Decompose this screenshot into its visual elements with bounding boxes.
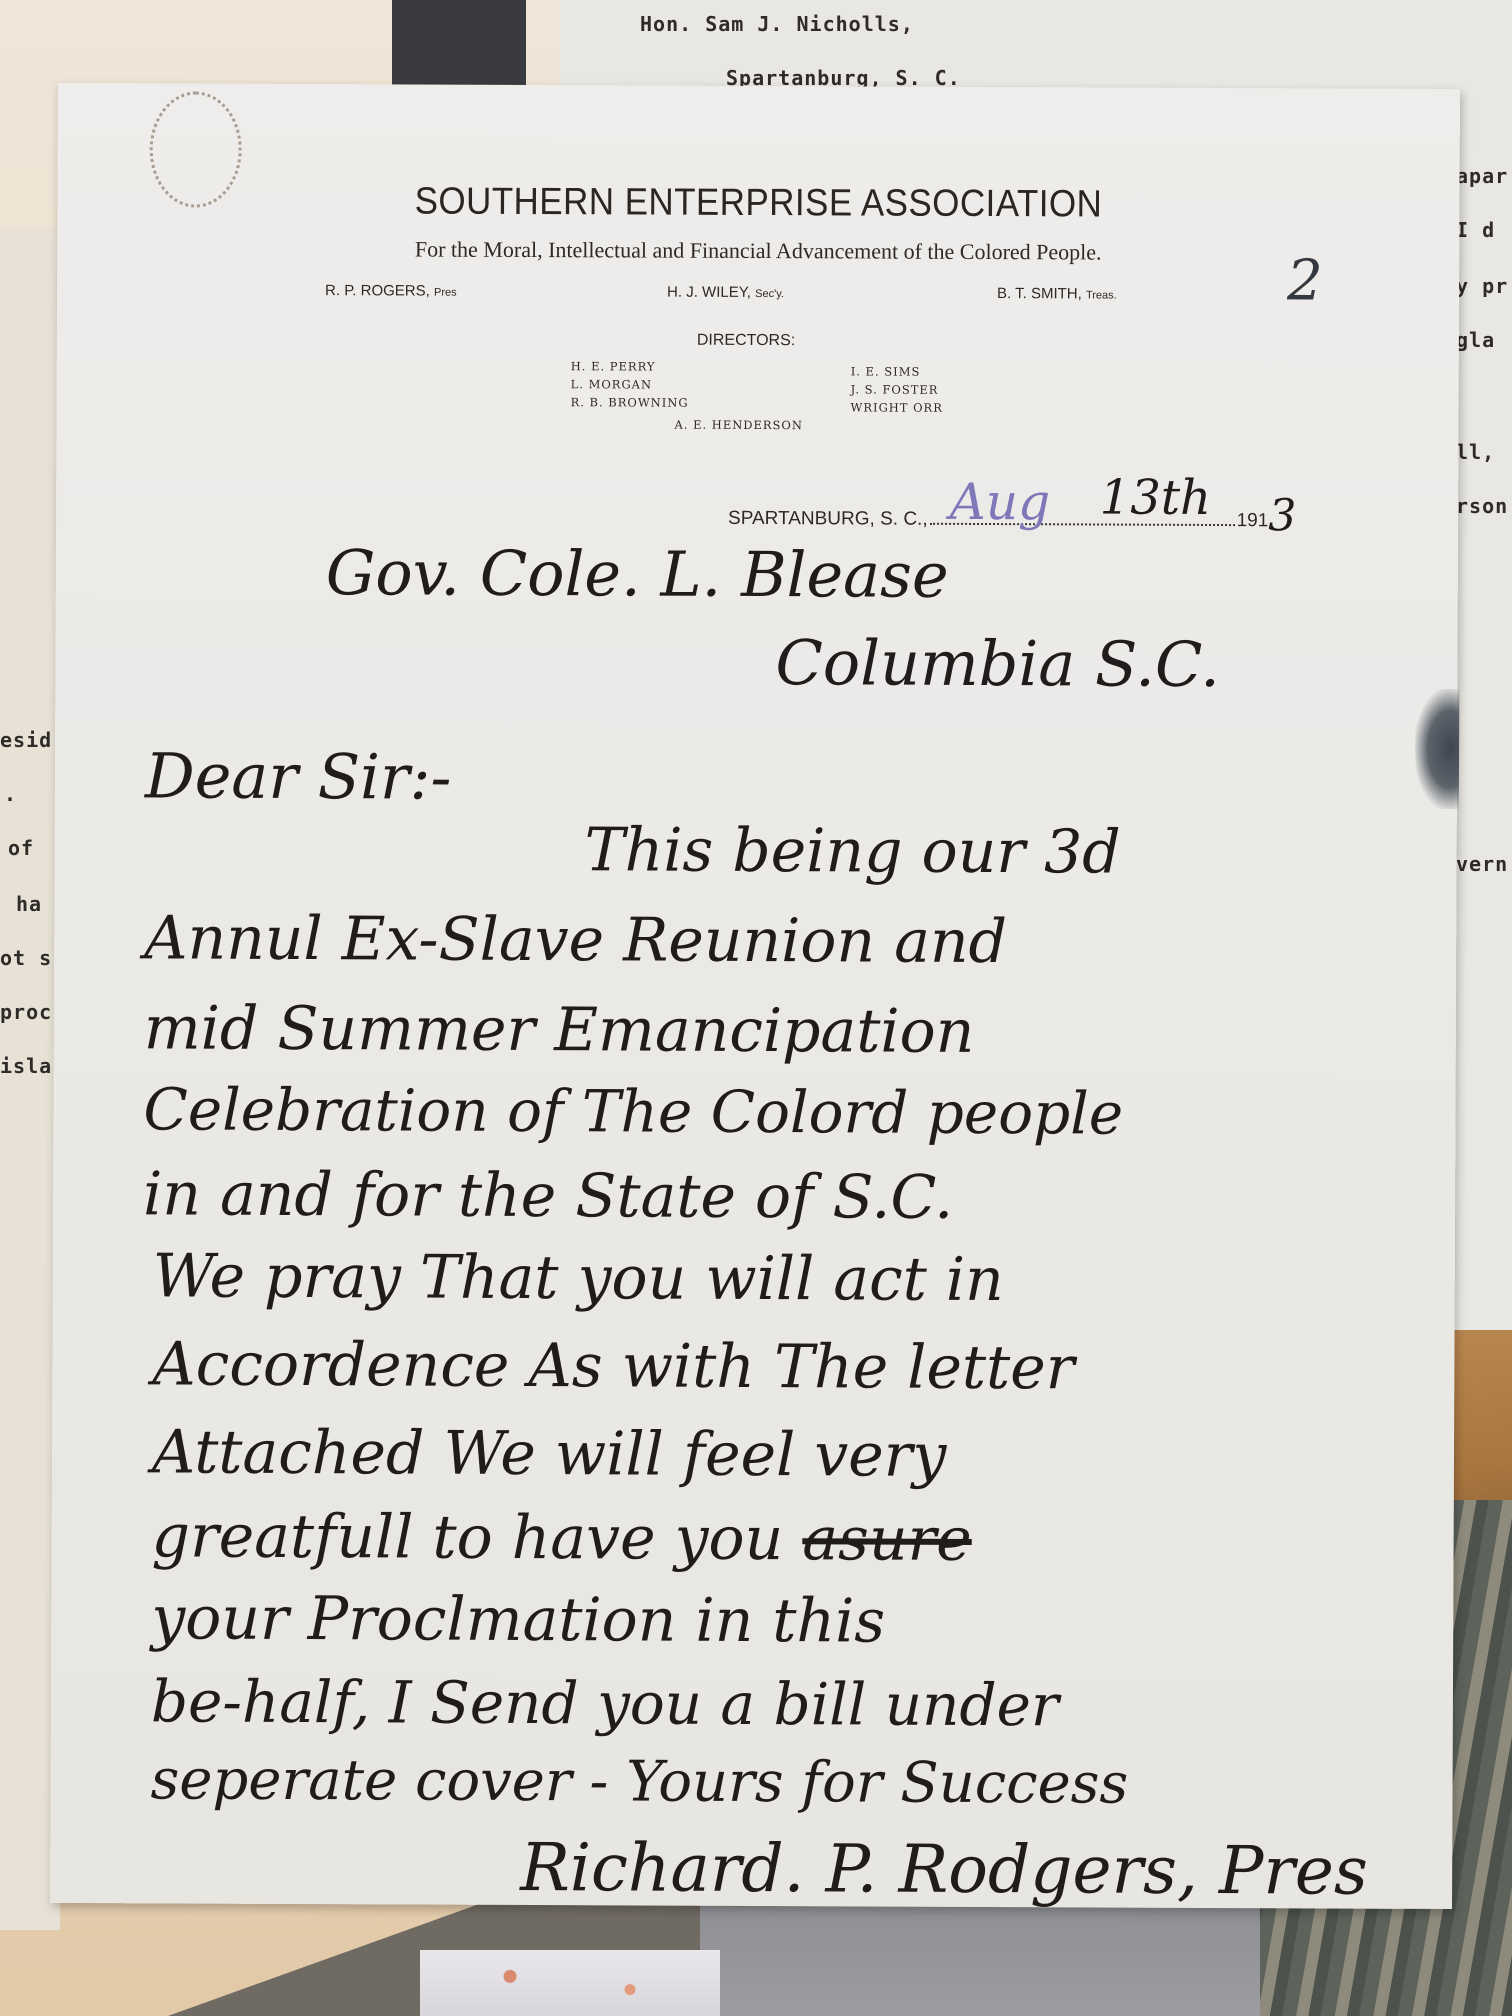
body-line: This being our 3d <box>584 815 1120 887</box>
body-line: in and for the State of S.C. <box>143 1159 953 1233</box>
background-floral-cloth <box>420 1950 720 2016</box>
director-name: A. E. HENDERSON <box>674 416 803 435</box>
typed-fragment: esid <box>0 728 52 752</box>
typed-fragment: I d <box>1456 218 1495 242</box>
officer-role: Sec'y. <box>755 288 784 300</box>
dateline-place: SPARTANBURG, S. C., <box>728 508 928 531</box>
typed-fragment: of <box>8 836 34 860</box>
director-name: H. E. PERRY <box>571 357 689 376</box>
body-line: Annul Ex-Slave Reunion and <box>144 903 1007 977</box>
dateline: SPARTANBURG, S. C., Aug 13th 191 3 <box>728 484 1296 537</box>
typed-fragment: vern <box>1456 852 1508 876</box>
director-name: I. E. SIMS <box>851 362 943 380</box>
date-day: 13th <box>1100 469 1212 525</box>
address-city: Columbia S.C. <box>775 626 1220 701</box>
directors-label: DIRECTORS: <box>697 332 795 350</box>
address-recipient: Gov. Cole. L. Blease <box>326 536 949 612</box>
typed-fragment: apar <box>1456 164 1508 188</box>
body-line: Celebration of The Colord people <box>143 1075 1123 1147</box>
typed-fragment: ot s <box>0 946 52 970</box>
struck-word: asure <box>802 1504 972 1575</box>
body-line: seperate cover - Yours for Success <box>150 1747 1128 1816</box>
directors-right-column: I. E. SIMS J. S. FOSTER WRIGHT ORR <box>851 362 944 416</box>
signature: Richard. P. Rodgers, Pres <box>520 1829 1368 1910</box>
date-month: Aug <box>950 473 1051 531</box>
letterhead-title: SOUTHERN ENTERPRISE ASSOCIATION <box>113 179 1403 228</box>
typed-fragment: gla <box>1456 328 1495 352</box>
body-line: mid Summer Emancipation <box>144 993 975 1067</box>
officer-secretary: H. J. WILEY, Sec'y. <box>667 284 784 302</box>
officer-name: B. T. SMITH, <box>997 285 1082 302</box>
letterhead-motto: For the Moral, Intellectual and Financia… <box>57 235 1459 267</box>
directors-left-column: H. E. PERRY L. MORGAN R. B. BROWNING <box>571 357 689 412</box>
director-name: J. S. FOSTER <box>851 380 943 398</box>
typed-fragment: ll, <box>1456 440 1495 464</box>
typed-recipient-name: Hon. Sam J. Nicholls, <box>640 12 914 36</box>
typed-fragment: rson <box>1456 494 1508 518</box>
body-line: greatfull to have you asure <box>151 1501 971 1575</box>
typed-fragment: isla <box>0 1054 52 1078</box>
body-line-text: greatfull to have you <box>151 1501 783 1574</box>
typed-fragment: . <box>4 782 17 806</box>
body-line: your Proclmation in this <box>151 1583 885 1656</box>
dateline-year-prefix: 191 <box>1237 510 1269 532</box>
typed-fragment: y pr <box>1456 274 1508 298</box>
typed-fragment: proc <box>0 1000 52 1024</box>
body-line: We pray That you will act in <box>153 1241 1004 1315</box>
page-number: 2 <box>1287 248 1323 313</box>
director-name: L. MORGAN <box>571 375 689 394</box>
body-line: be-half, I Send you a bill under <box>151 1667 1059 1739</box>
ink-blot <box>1415 689 1460 809</box>
body-line: Attached We will feel very <box>152 1417 947 1490</box>
officer-name: H. J. WILEY, <box>667 284 751 301</box>
handwritten-letter: SOUTHERN ENTERPRISE ASSOCIATION For the … <box>50 83 1460 1909</box>
dateline-year-suffix: 3 <box>1268 490 1296 541</box>
date-fill-line: Aug 13th <box>930 509 1235 526</box>
director-name: R. B. BROWNING <box>571 393 689 412</box>
background-grey-cloth <box>700 1900 1260 2016</box>
officer-name: R. P. ROGERS, <box>325 282 430 299</box>
officer-role: Treas. <box>1086 289 1117 301</box>
officer-president: R. P. ROGERS, Pres <box>325 282 457 300</box>
officer-role: Pres <box>434 287 457 299</box>
body-line: Accordence As with The letter <box>152 1329 1074 1403</box>
salutation: Dear Sir:- <box>145 739 452 813</box>
officer-treasurer: B. T. SMITH, Treas. <box>997 285 1117 303</box>
director-name: WRIGHT ORR <box>851 398 943 416</box>
typed-fragment: ha <box>16 892 42 916</box>
